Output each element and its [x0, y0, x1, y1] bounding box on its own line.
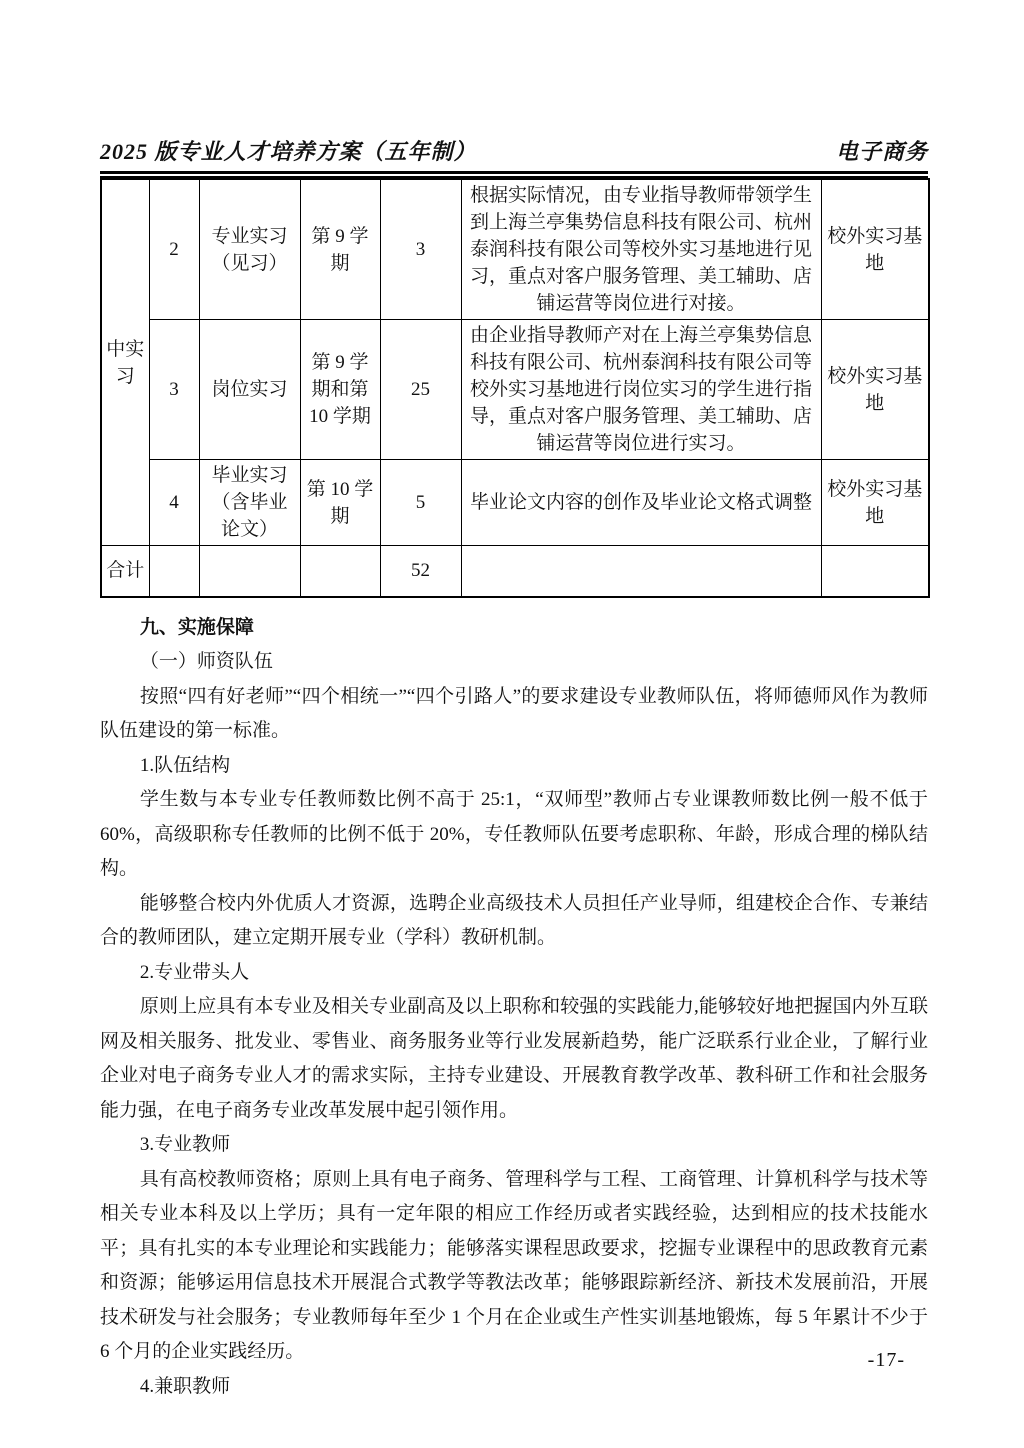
course-name-cell: 岗位实习: [199, 320, 300, 460]
duration-cell: 3: [380, 179, 461, 320]
empty-cell: [149, 546, 199, 597]
item-heading: 3.专业教师: [100, 1128, 928, 1163]
paragraph: 原则上应具有本专业及相关专业副高及以上职称和较强的实践能力,能够较好地把握国内外…: [100, 990, 928, 1128]
semester-cell: 第 9 学期和第 10 学期: [300, 320, 380, 460]
page-number: -17-: [868, 1349, 905, 1372]
empty-cell: [821, 546, 929, 597]
header-title-right: 电子商务: [836, 135, 928, 166]
paragraph: 具有高校教师资格；原则上具有电子商务、管理科学与工程、工商管理、计算机科学与技术…: [100, 1163, 928, 1370]
page-header: 2025 版专业人才培养方案（五年制） 电子商务: [100, 134, 928, 166]
paragraph: 学生数与本专业专任教师数比例不高于 25:1，“双师型”教师占专业课教师数比例一…: [100, 783, 928, 887]
header-title-left: 2025 版专业人才培养方案（五年制）: [100, 135, 477, 166]
total-duration-cell: 52: [380, 546, 461, 597]
table-row: 3 岗位实习 第 9 学期和第 10 学期 25 由企业指导教师产对在上海兰亭集…: [101, 320, 929, 460]
semester-cell: 第 9 学期: [300, 179, 380, 320]
section-heading: 九、实施保障: [100, 611, 928, 646]
description-cell: 由企业指导教师产对在上海兰亭集势信息科技有限公司、杭州泰润科技有限公司等校外实习…: [461, 320, 821, 460]
table-row: 4 毕业实习（含毕业论文） 第 10 学期 5 毕业论文内容的创作及毕业论文格式…: [101, 460, 929, 546]
duration-cell: 5: [380, 460, 461, 546]
item-heading: 2.专业带头人: [100, 956, 928, 991]
course-name-cell: 毕业实习（含毕业论文）: [199, 460, 300, 546]
location-cell: 校外实习基地: [821, 320, 929, 460]
stage-label-cell: 中实习: [101, 179, 149, 546]
total-label-cell: 合计: [101, 546, 149, 597]
body-text: 九、实施保障 （一）师资队伍 按照“四有好老师”“四个相统一”“四个引路人”的要…: [100, 611, 928, 1405]
empty-cell: [300, 546, 380, 597]
empty-cell: [199, 546, 300, 597]
item-heading: 1.队伍结构: [100, 749, 928, 784]
document-page: 2025 版专业人才培养方案（五年制） 电子商务 中实习 2 专业实习（见习） …: [0, 0, 1024, 1448]
empty-cell: [461, 546, 821, 597]
index-cell: 2: [149, 179, 199, 320]
paragraph: 按照“四有好老师”“四个相统一”“四个引路人”的要求建设专业教师队伍，将师德师风…: [100, 680, 928, 749]
paragraph: 能够整合校内外优质人才资源，选聘企业高级技术人员担任产业导师，组建校企合作、专兼…: [100, 887, 928, 956]
sub-heading: （一）师资队伍: [100, 645, 928, 680]
location-cell: 校外实习基地: [821, 179, 929, 320]
description-cell: 根据实际情况，由专业指导教师带领学生到上海兰亭集势信息科技有限公司、杭州泰润科技…: [461, 179, 821, 320]
item-heading: 4.兼职教师: [100, 1370, 928, 1405]
index-cell: 3: [149, 320, 199, 460]
header-rule: [100, 171, 928, 178]
table-row: 中实习 2 专业实习（见习） 第 9 学期 3 根据实际情况，由专业指导教师带领…: [101, 179, 929, 320]
semester-cell: 第 10 学期: [300, 460, 380, 546]
table-total-row: 合计 52: [101, 546, 929, 597]
index-cell: 4: [149, 460, 199, 546]
internship-table: 中实习 2 专业实习（见习） 第 9 学期 3 根据实际情况，由专业指导教师带领…: [100, 178, 930, 598]
course-name-cell: 专业实习（见习）: [199, 179, 300, 320]
location-cell: 校外实习基地: [821, 460, 929, 546]
description-cell: 毕业论文内容的创作及毕业论文格式调整: [461, 460, 821, 546]
duration-cell: 25: [380, 320, 461, 460]
